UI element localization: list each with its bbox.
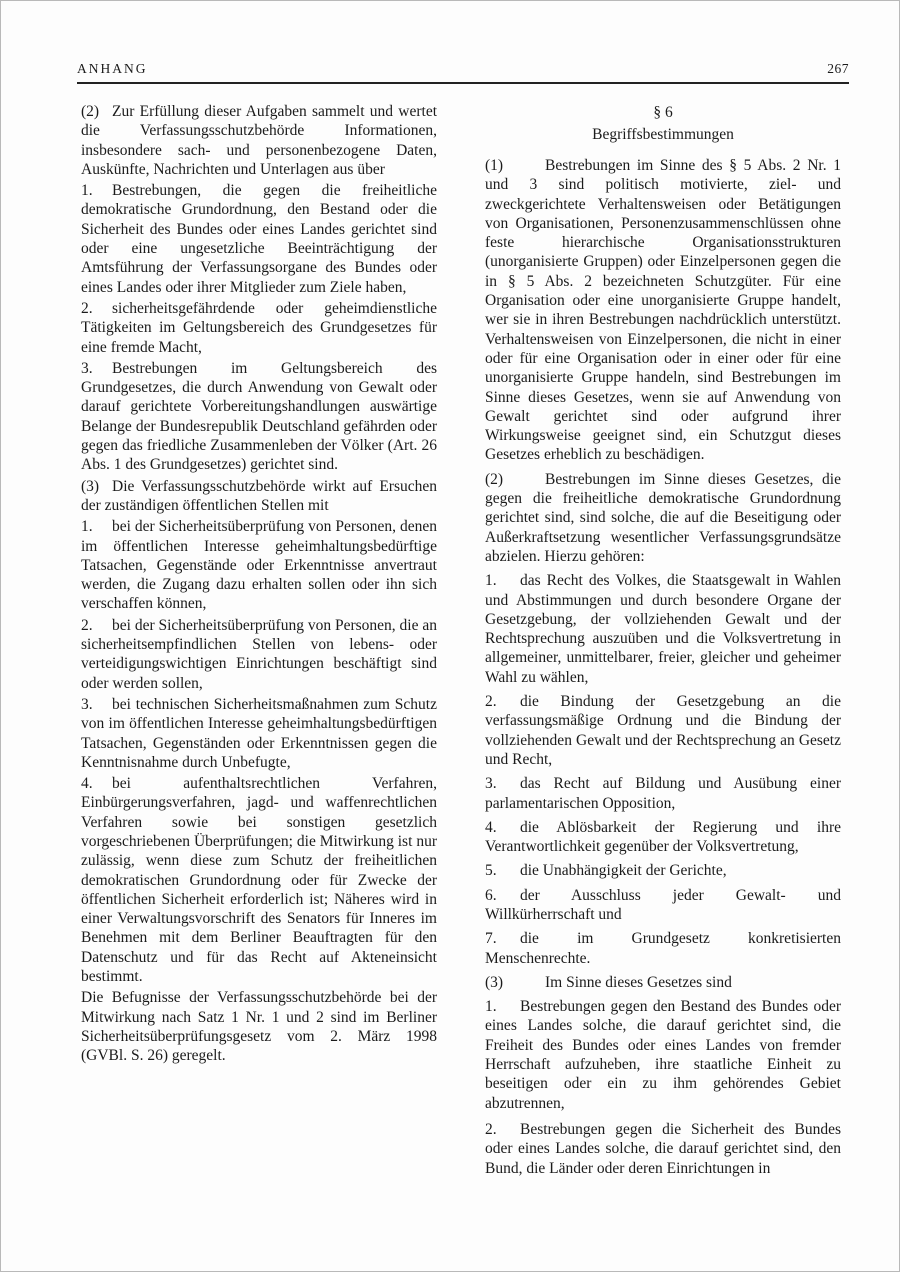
page-number: 267	[827, 61, 849, 77]
page-content: (2)Zur Erfüllung dieser Aufgaben sammelt…	[81, 102, 841, 1183]
numbered-paragraph: 2.die Bindung der Gesetzgebung an die ve…	[485, 692, 841, 769]
document-page: ANHANG 267 (2)Zur Erfüllung dieser Aufga…	[0, 0, 900, 1272]
paragraph-label: 4.	[81, 774, 112, 793]
numbered-paragraph: 7.die im Grundgesetz konkretisierten Men…	[485, 929, 841, 968]
numbered-paragraph: 1.Bestrebungen gegen den Bestand des Bun…	[485, 997, 841, 1113]
paragraph-label: 1.	[485, 571, 520, 590]
paragraph-label: 7.	[485, 929, 520, 948]
numbered-paragraph: 1.bei der Sicherheitsüberprüfung von Per…	[81, 517, 437, 613]
section-heading-line: Begriffsbestimmungen	[485, 124, 841, 146]
page-header: ANHANG 267	[77, 61, 849, 84]
paragraph-label: 6.	[485, 886, 520, 905]
numbered-paragraph: (3)Die Verfassungsschutzbehörde wirkt au…	[81, 477, 437, 516]
numbered-paragraph: (1)Bestrebungen im Sinne des § 5 Abs. 2 …	[485, 156, 841, 465]
numbered-paragraph: (3)Im Sinne dieses Gesetzes sind	[485, 973, 841, 992]
numbered-paragraph: (2)Zur Erfüllung dieser Aufgaben sammelt…	[81, 102, 437, 179]
paragraph-label: (3)	[81, 477, 112, 496]
numbered-paragraph: 2.Bestrebungen gegen die Sicherheit des …	[485, 1120, 841, 1178]
section-heading-line: § 6	[485, 102, 841, 124]
paragraph-label: 3.	[81, 695, 112, 714]
paragraph-label: 3.	[81, 359, 112, 378]
right-column: § 6Begriffsbestimmungen(1)Bestrebungen i…	[485, 102, 841, 1183]
numbered-paragraph: 1.Bestrebungen, die gegen die freiheitli…	[81, 181, 437, 297]
paragraph-label: 2.	[485, 692, 520, 711]
numbered-paragraph: 1.das Recht des Volkes, die Staatsgewalt…	[485, 571, 841, 687]
numbered-paragraph: 2.sicherheitsgefährdende oder geheimdien…	[81, 299, 437, 357]
paragraph-label: 2.	[81, 299, 112, 318]
paragraph-label: 5.	[485, 861, 520, 880]
numbered-paragraph: 3.das Recht auf Bildung und Ausübung ein…	[485, 774, 841, 813]
paragraph-label: 1.	[485, 997, 520, 1016]
paragraph-label: 3.	[485, 774, 520, 793]
numbered-paragraph: 6.der Ausschluss jeder Gewalt- und Willk…	[485, 886, 841, 925]
paragraph-label: 4.	[485, 818, 520, 837]
numbered-paragraph: 5.die Unabhängigkeit der Gerichte,	[485, 861, 841, 880]
numbered-paragraph: (2)Bestrebungen im Sinne dieses Gesetzes…	[485, 470, 841, 566]
paragraph-label: (2)	[81, 102, 112, 121]
paragraph: Die Befugnisse der Verfassungsschutzbehö…	[81, 988, 437, 1065]
paragraph-label: (1)	[485, 156, 545, 175]
numbered-paragraph: 3.bei technischen Sicherheitsmaßnahmen z…	[81, 695, 437, 772]
numbered-paragraph: 2.bei der Sicherheitsüberprüfung von Per…	[81, 616, 437, 693]
paragraph-label: 1.	[81, 181, 112, 200]
paragraph-label: 2.	[81, 616, 112, 635]
running-title: ANHANG	[77, 61, 148, 77]
paragraph-label: 1.	[81, 517, 112, 536]
paragraph-label: (3)	[485, 973, 545, 992]
numbered-paragraph: 4.bei aufenthaltsrechtlichen Verfahren, …	[81, 774, 437, 986]
paragraph-label: 2.	[485, 1120, 520, 1139]
left-column: (2)Zur Erfüllung dieser Aufgaben sammelt…	[81, 102, 437, 1183]
section-heading: § 6Begriffsbestimmungen	[485, 102, 841, 145]
paragraph-label: (2)	[485, 470, 545, 489]
numbered-paragraph: 4.die Ablösbarkeit der Regierung und ihr…	[485, 818, 841, 857]
numbered-paragraph: 3.Bestrebungen im Geltungsbereich des Gr…	[81, 359, 437, 475]
